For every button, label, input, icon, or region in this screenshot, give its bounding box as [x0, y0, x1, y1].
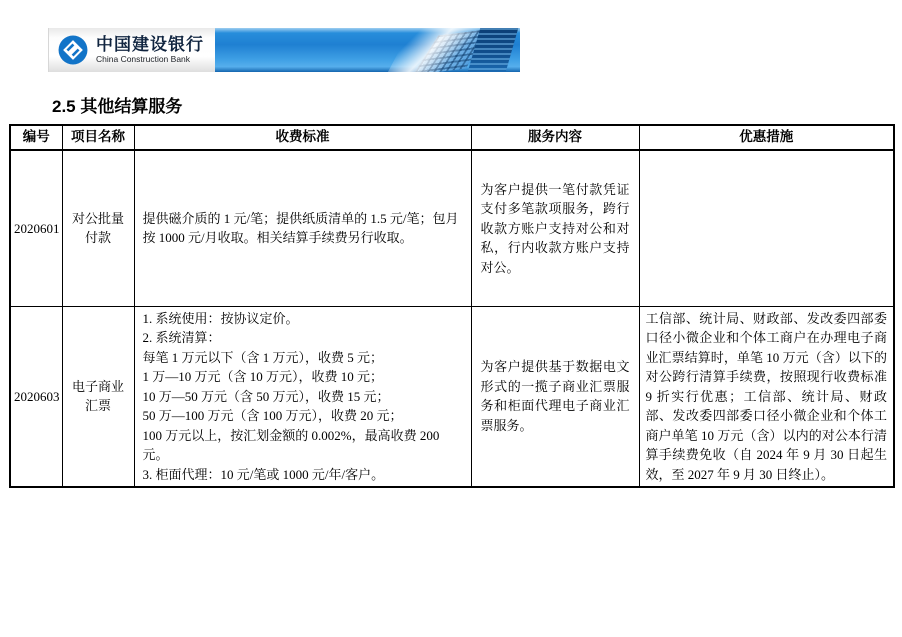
- cell-benefit: 工信部、统计局、财政部、发改委四部委口径小微企业和个体工商户在办理电子商业汇票结…: [639, 306, 894, 487]
- table-header-row: 编号 项目名称 收费标准 服务内容 优惠措施: [10, 125, 894, 150]
- banner-image: [215, 28, 520, 72]
- cell-fee-standard: 提供磁介质的 1 元/笔；提供纸质清单的 1.5 元/笔；包月按 1000 元/…: [134, 150, 471, 306]
- cell-project-name: 电子商业汇票: [62, 306, 134, 487]
- cell-benefit: [639, 150, 894, 306]
- bank-names: 中国建设银行 China Construction Bank: [96, 36, 204, 64]
- bank-logo-block: 中国建设银行 China Construction Bank: [48, 28, 215, 72]
- ccb-logo-icon: [56, 33, 90, 67]
- column-header-fee: 收费标准: [134, 125, 471, 150]
- cell-code: 2020601: [10, 150, 62, 306]
- cell-service-content: 为客户提供基于数据电文形式的一揽子商业汇票服务和柜面代理电子商业汇票服务。: [471, 306, 639, 487]
- column-header-code: 编号: [10, 125, 62, 150]
- table-row: 2020601 对公批量付款 提供磁介质的 1 元/笔；提供纸质清单的 1.5 …: [10, 150, 894, 306]
- cell-code: 2020603: [10, 306, 62, 487]
- bank-header: 中国建设银行 China Construction Bank: [48, 28, 520, 72]
- column-header-service: 服务内容: [471, 125, 639, 150]
- cell-fee-standard: 1. 系统使用：按协议定价。 2. 系统清算： 每笔 1 万元以下（含 1 万元…: [134, 306, 471, 487]
- bank-name-english: China Construction Bank: [96, 55, 204, 64]
- column-header-name: 项目名称: [62, 125, 134, 150]
- page-title: 2.5 其他结算服务: [52, 92, 182, 117]
- document-page: 中国建设银行 China Construction Bank 2.5 其他结算服…: [0, 0, 902, 637]
- cell-project-name: 对公批量付款: [62, 150, 134, 306]
- fee-table: 编号 项目名称 收费标准 服务内容 优惠措施 2020601 对公批量付款 提供…: [9, 124, 895, 488]
- column-header-benefit: 优惠措施: [639, 125, 894, 150]
- bank-name-chinese: 中国建设银行: [96, 36, 204, 53]
- cell-service-content: 为客户提供一笔付款凭证支付多笔款项服务，跨行收款方账户支持对公和对私，行内收款方…: [471, 150, 639, 306]
- table-row: 2020603 电子商业汇票 1. 系统使用：按协议定价。 2. 系统清算： 每…: [10, 306, 894, 487]
